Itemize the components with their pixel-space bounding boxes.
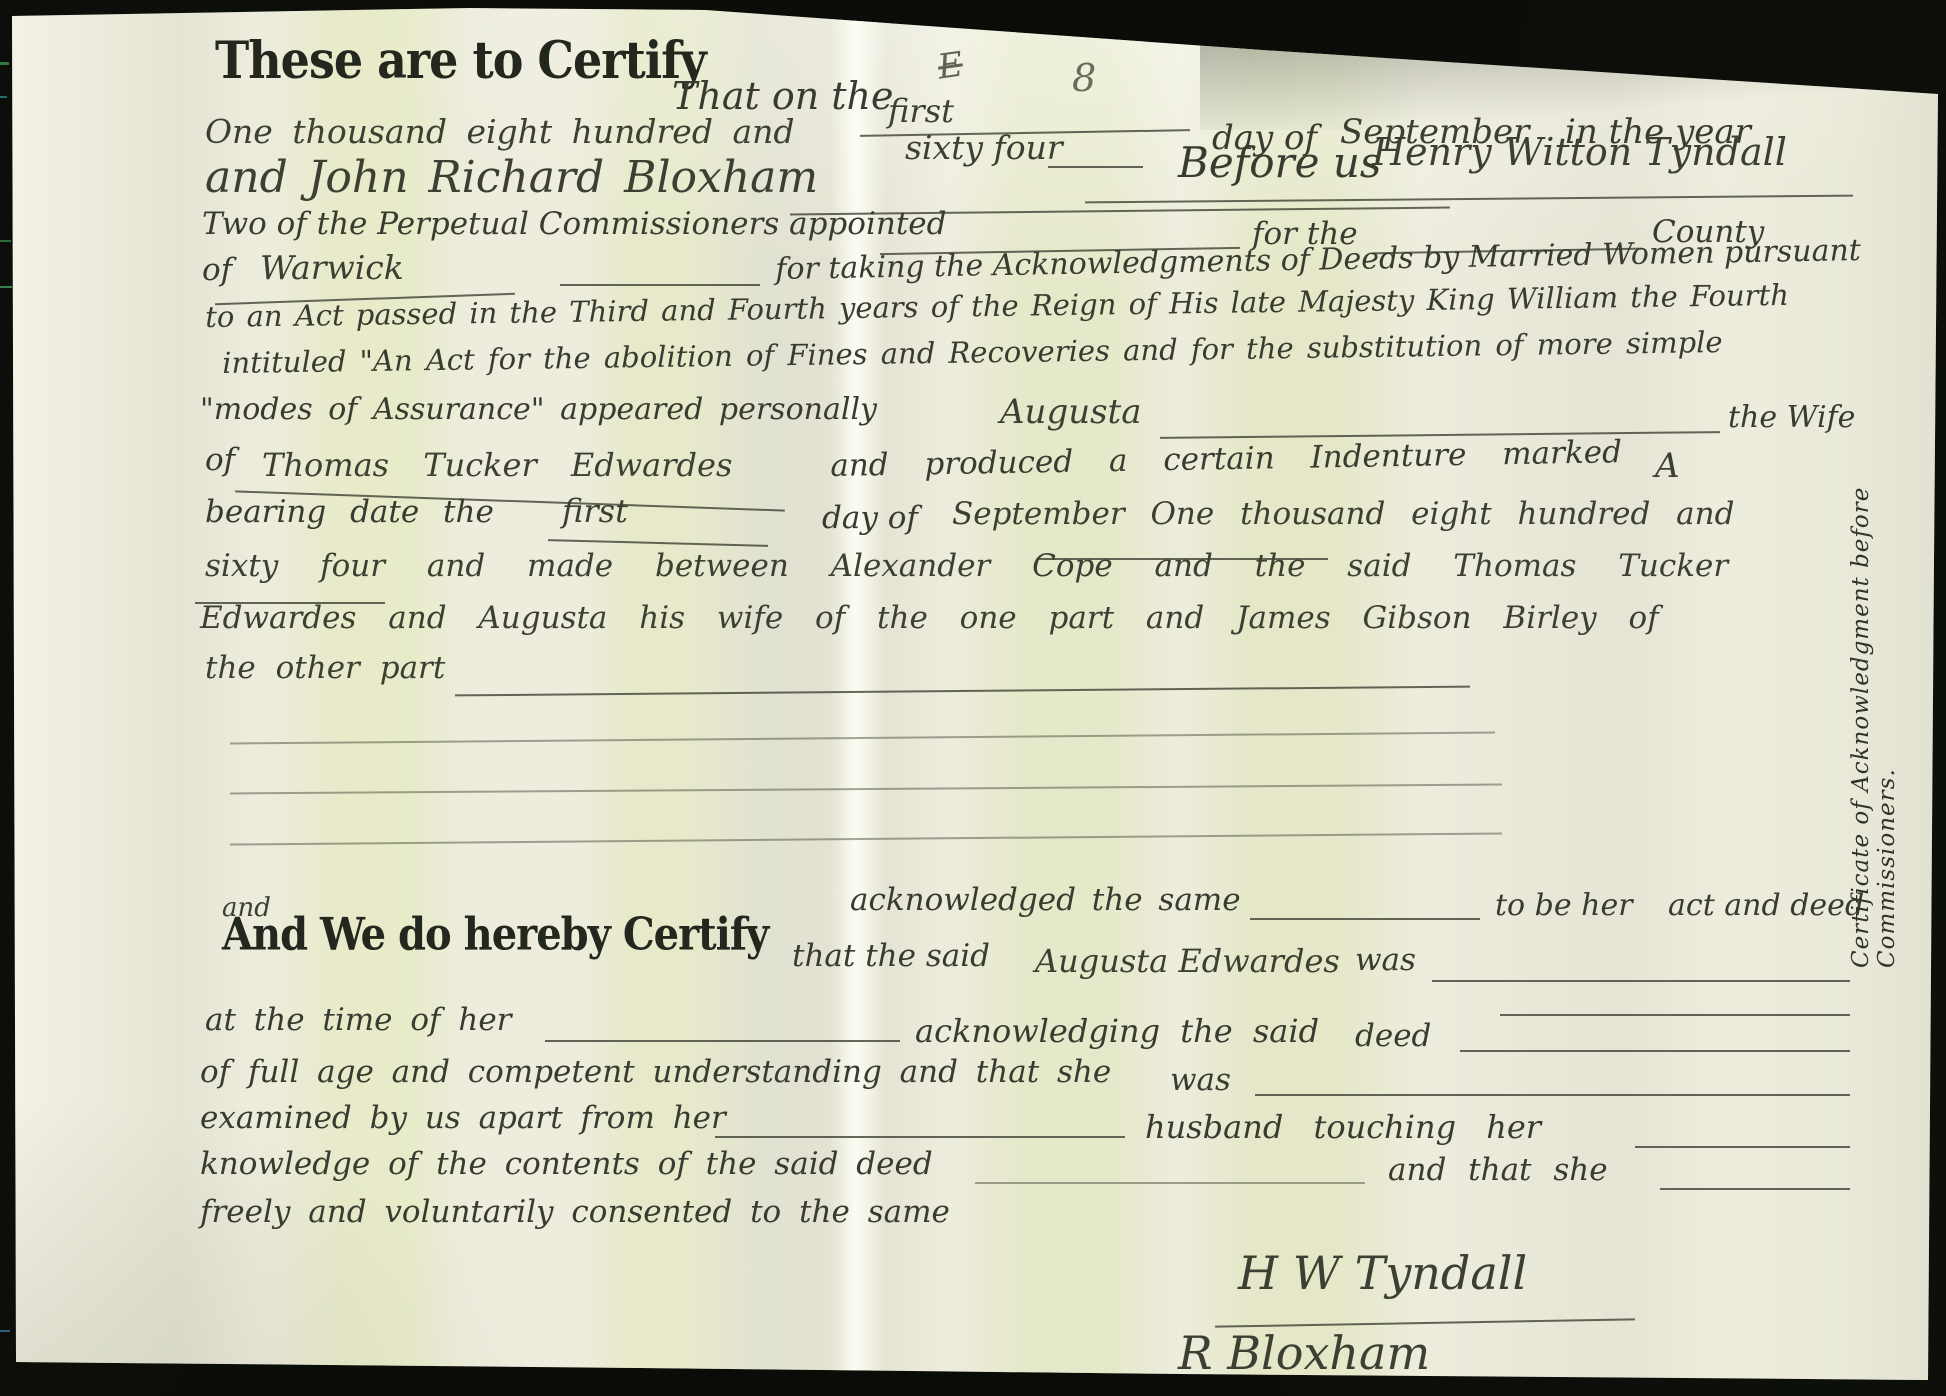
signature-bloxham: R Bloxham (1178, 1326, 1430, 1380)
entry-indenture-mark: A (1655, 446, 1680, 486)
form-text-acknowledged: acknowledged the same (850, 882, 1241, 918)
ruled-line (548, 539, 768, 547)
form-text-knowledge: knowledge of the contents of the said de… (200, 1146, 933, 1182)
entry-commissioner-2: and John Richard Bloxham (205, 152, 818, 203)
entry-acknowledger-name: Augusta Edwardes (1035, 942, 1340, 980)
ruled-line (230, 784, 1502, 795)
ruled-line (455, 686, 1470, 697)
ruled-line (1432, 980, 1850, 982)
scan-noise (0, 286, 12, 288)
ruled-line (1048, 166, 1143, 168)
form-text-that-the-said: that the said (792, 938, 990, 974)
entry-commissioner-1: Henry Witton Tyndall (1372, 130, 1787, 174)
ruled-line (1255, 1094, 1850, 1096)
ruled-line (1660, 1188, 1850, 1190)
ruled-line (1635, 1146, 1850, 1148)
form-text-at-the-time: at the time of her (205, 1002, 512, 1038)
scan-noise (0, 1330, 10, 1332)
entry-day-ordinal: first (888, 92, 954, 130)
form-text-husband: husband touching her (1145, 1108, 1541, 1146)
form-text-to-be-her: to be her (1495, 888, 1633, 923)
signature-tyndall: H W Tyndall (1238, 1246, 1527, 1300)
form-text-commissioners: Two of the Perpetual Commissioners appoi… (202, 206, 946, 242)
ruled-line (230, 731, 1495, 744)
section-heading: And We do hereby Certify (222, 908, 768, 961)
entry-indenture-date: September One thousand eight hundred and (952, 496, 1734, 532)
margin-docket-text: Certificate of Acknowledgment before Com… (1848, 328, 1900, 968)
form-text-appeared: "modes of Assurance" appeared personally (200, 392, 877, 427)
form-text-acknowledging: acknowledging the said (915, 1012, 1319, 1050)
form-text-of-2: of (205, 442, 235, 478)
scan-noise (0, 240, 11, 242)
entry-parties-2: Edwardes and Augusta his wife of the one… (200, 600, 1659, 636)
ruled-line (1460, 1050, 1850, 1052)
crossed-out-mark: E (935, 44, 965, 87)
scan-noise (0, 96, 7, 98)
form-text-act-and-deed: act and deed (1668, 888, 1864, 923)
form-text-act-passed: to an Act passed in the Third and Fourth… (205, 278, 1789, 334)
entry-husband-name: Thomas Tucker Edwardes (262, 446, 732, 484)
scan-noise (0, 62, 9, 65)
form-text-day-of-2: day of (822, 500, 918, 536)
form-text-intituled: intituled "An Act for the abolition of F… (222, 325, 1723, 380)
document-scan: These are to Certify That on the E 8 fir… (0, 0, 1946, 1396)
ruled-line (1250, 918, 1480, 920)
entry-year-words: One thousand eight hundred and (205, 112, 795, 151)
ruled-line (715, 1136, 1125, 1138)
form-text-of: of (202, 252, 232, 288)
form-text-before-us: Before us (1178, 138, 1381, 187)
form-text-was-2: was (1170, 1062, 1231, 1098)
form-text-the-wife: the Wife (1728, 400, 1855, 435)
form-text-examined: examined by us apart from her (200, 1100, 726, 1136)
form-text-bearing-date: bearing date the (205, 494, 494, 530)
ruled-line (545, 1040, 900, 1042)
entry-appearer-first-name: Augusta (1000, 392, 1142, 432)
ruled-line (1500, 1014, 1850, 1016)
form-text-freely: freely and voluntarily consented to the … (200, 1194, 950, 1230)
ruled-line (230, 832, 1502, 845)
ruled-line (560, 284, 760, 286)
form-text-was: was (1355, 942, 1416, 978)
entry-year-words-2: sixty four (905, 128, 1063, 167)
ruled-line (1085, 195, 1853, 204)
scribble-mark: 8 (1072, 56, 1096, 100)
ruled-line (975, 1182, 1365, 1184)
form-text-produced: and produced a certain Indenture marked (830, 434, 1622, 484)
entry-other-part: the other part (205, 650, 445, 686)
page-title: These are to Certify (215, 30, 706, 90)
form-text-deed: deed (1355, 1018, 1431, 1054)
entry-indenture-day: first (562, 492, 628, 530)
form-text-full-age: of full age and competent understanding … (200, 1054, 1111, 1090)
form-text-and-that-she: and that she (1388, 1152, 1608, 1188)
entry-county: Warwick (260, 248, 404, 287)
parchment-page: These are to Certify That on the E 8 fir… (0, 0, 1946, 1396)
entry-parties-1: sixty four and made between Alexander Co… (205, 548, 1728, 584)
